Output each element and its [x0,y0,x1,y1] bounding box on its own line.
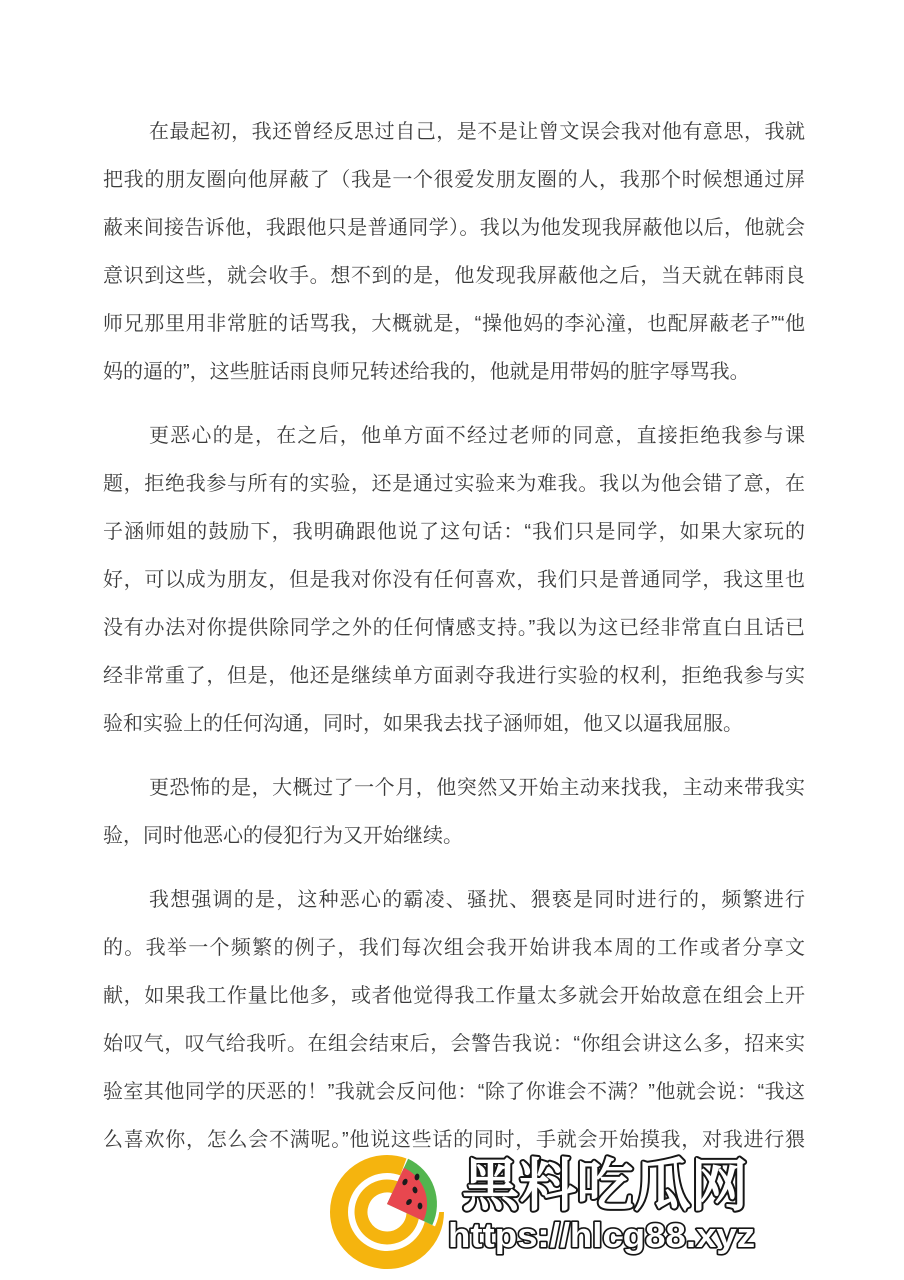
text-line: 在最起初，我还曾经反思过自己，是不是让曾文误会我对他有意思，我就 [103,108,805,156]
text-line: 我想强调的是，这种恶心的霸凌、骚扰、猥亵是同时进行的，频繁进行 [103,876,805,924]
text-line: 师兄那里用非常脏的话骂我，大概就是，“操他妈的李沁潼，也配屏蔽老子”“他 [103,300,805,348]
paragraph: 在最起初，我还曾经反思过自己，是不是让曾文误会我对他有意思，我就把我的朋友圈向他… [103,108,805,396]
text-line: 更恐怖的是，大概过了一个月，他突然又开始主动来找我，主动来带我实 [103,764,805,812]
text-line: 题，拒绝我参与所有的实验，还是通过实验来为难我。我以为他会错了意，在 [103,460,805,508]
text-line: 没有办法对你提供除同学之外的任何情感支持。”我以为这已经非常直白且话已 [103,604,805,652]
paragraph: 更恶心的是，在之后，他单方面不经过老师的同意，直接拒绝我参与课题，拒绝我参与所有… [103,412,805,748]
text-line: 验和实验上的任何沟通，同时，如果我去找子涵师姐，他又以逼我屈服。 [103,700,805,748]
watermark: 黑料吃瓜网 https://hlcg88.xyz [0,1120,904,1280]
text-line: 献，如果我工作量比他多，或者他觉得我工作量太多就会开始故意在组会上开 [103,972,805,1020]
text-line: 验，同时他恶心的侵犯行为又开始继续。 [103,812,805,860]
text-line: 经非常重了，但是，他还是继续单方面剥夺我进行实验的权利，拒绝我参与实 [103,652,805,700]
stray-dot-mark: • [447,626,452,631]
text-line: 验室其他同学的厌恶的！”我就会反问他：“除了你谁会不满？”他就会说：“我这 [103,1068,805,1116]
text-line: 妈的逼的”，这些脏话雨良师兄转述给我的，他就是用带妈的脏字辱骂我。 [103,348,805,396]
watermark-site-url: https://hlcg88.xyz [448,1217,755,1255]
text-line: 意识到这些，就会收手。想不到的是，他发现我屏蔽他之后，当天就在韩雨良 [103,252,805,300]
text-line: 的。我举一个频繁的例子，我们每次组会我开始讲我本周的工作或者分享文 [103,924,805,972]
document-body: 在最起初，我还曾经反思过自己，是不是让曾文误会我对他有意思，我就把我的朋友圈向他… [103,108,805,1164]
text-line: 把我的朋友圈向他屏蔽了（我是一个很爱发朋友圈的人，我那个时候想通过屏 [103,156,805,204]
text-line: 蔽来间接告诉他，我跟他只是普通同学）。我以为他发现我屏蔽他以后，他就会 [103,204,805,252]
text-line: 子涵师姐的鼓励下，我明确跟他说了这句话：“我们只是同学，如果大家玩的 [103,508,805,556]
text-line: 始叹气，叹气给我听。在组会结束后，会警告我说：“你组会讲这么多，招来实 [103,1020,805,1068]
watermark-site-name: 黑料吃瓜网 [462,1154,748,1218]
text-line: 更恶心的是，在之后，他单方面不经过老师的同意，直接拒绝我参与课 [103,412,805,460]
text-line: 好，可以成为朋友，但是我对你没有任何喜欢，我们只是普通同学，我这里也 [103,556,805,604]
watermelon-logo [339,1156,440,1260]
paragraph: 更恐怖的是，大概过了一个月，他突然又开始主动来找我，主动来带我实验，同时他恶心的… [103,764,805,860]
